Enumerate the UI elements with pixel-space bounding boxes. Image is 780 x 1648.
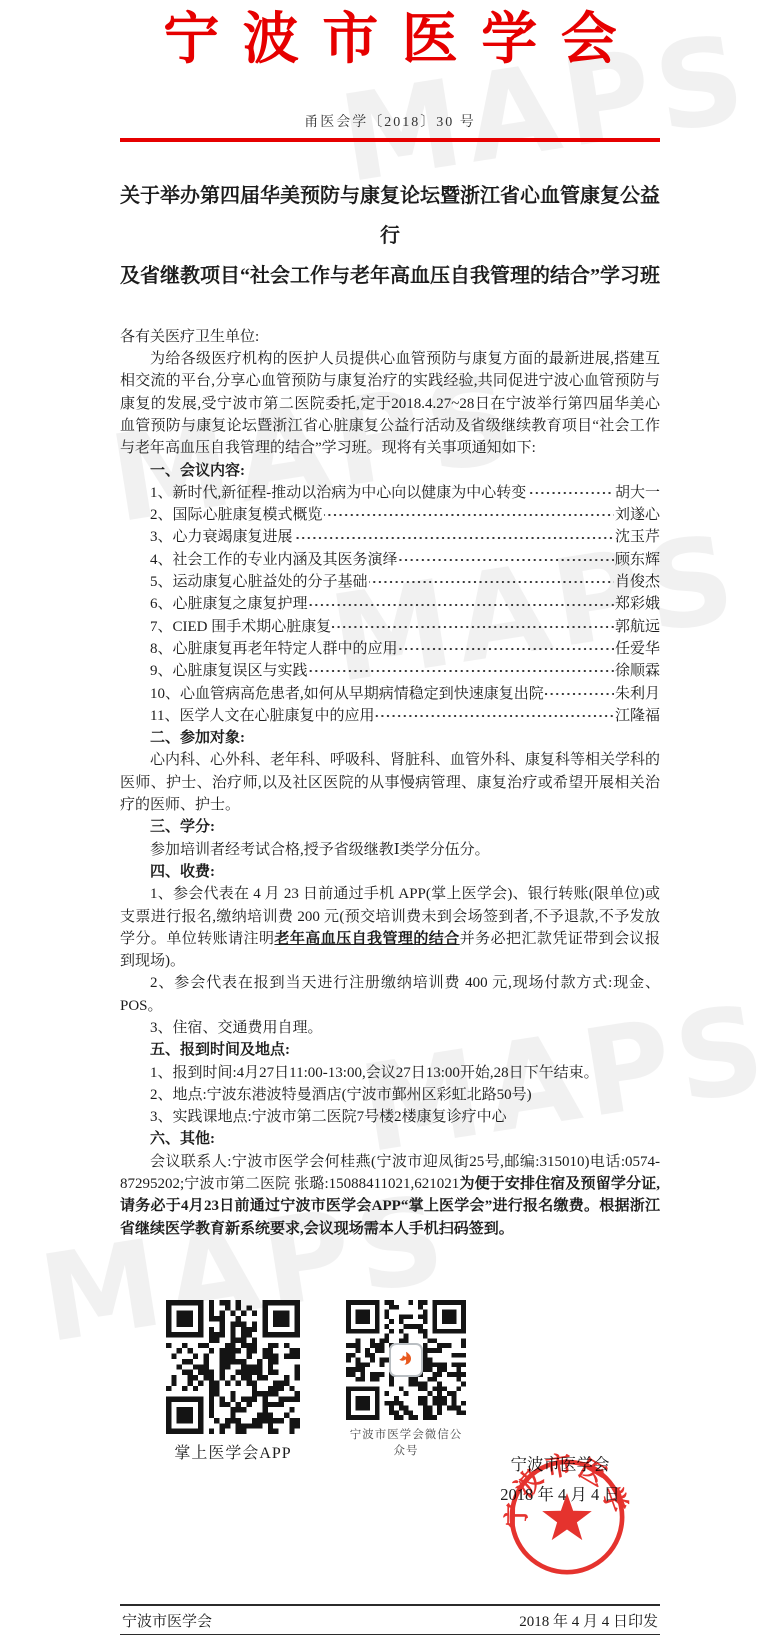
- agenda-topic: 2、国际心脏康复模式概览: [150, 504, 323, 526]
- section-heading-6: 六、其他:: [120, 1128, 660, 1150]
- agenda-speaker: 任爱华: [615, 638, 660, 660]
- section5-item3: 3、实践课地点:宁波市第二医院7号楼2楼康复诊疗中心: [120, 1106, 660, 1128]
- agenda-speaker: 郑彩娥: [615, 593, 660, 615]
- section6-contact: 会议联系人:宁波市医学会何桂燕(宁波市迎凤街25号,邮编:315010)电话:0…: [120, 1151, 660, 1240]
- section-heading-1: 一、会议内容:: [120, 460, 660, 482]
- agenda-row: 6、心脏康复之康复护理 郑彩娥: [120, 593, 660, 615]
- agenda-topic: 7、CIED 围手术期心脏康复: [150, 616, 331, 638]
- footer-org: 宁波市医学会: [122, 1610, 212, 1631]
- wechat-logo-icon: [389, 1343, 423, 1377]
- qr-code-image: [166, 1300, 300, 1434]
- section3-text: 参加培训者经考试合格,授予省级继教Ⅰ类学分伍分。: [120, 839, 660, 861]
- agenda-topic: 5、运动康复心脏益处的分子基础: [150, 571, 368, 593]
- agenda-topic: 3、心力衰竭康复进展: [150, 526, 293, 548]
- leader-dots: [324, 508, 614, 522]
- agenda-speaker: 郭航远: [615, 616, 660, 638]
- star-icon: [542, 1493, 592, 1540]
- agenda-row: 11、医学人文在心脏康复中的应用 江隆福: [120, 705, 660, 727]
- section4-item2: 2、参会代表在报到当天进行注册缴纳培训费 400 元,现场付款方式:现金、POS…: [120, 972, 660, 1017]
- intro-paragraph: 为给各级医疗机构的医护人员提供心血管预防与康复方面的最新进展,搭建互相交流的平台…: [120, 348, 660, 459]
- leader-dots: [375, 709, 614, 723]
- section5-item2: 2、地点:宁波东港波特曼酒店(宁波市鄞州区彩虹北路50号): [120, 1084, 660, 1106]
- footer-print-date: 2018 年 4 月 4 日印发: [519, 1610, 658, 1631]
- leader-dots: [399, 553, 614, 567]
- agenda-speaker: 朱利月: [615, 683, 660, 705]
- agenda-row: 2、国际心脏康复模式概览 刘遂心: [120, 504, 660, 526]
- section-heading-3: 三、学分:: [120, 816, 660, 838]
- section2-text: 心内科、心外科、老年科、呼吸科、肾脏科、血管外科、康复科等相关学科的医师、护士、…: [120, 749, 660, 816]
- leader-dots: [527, 486, 614, 500]
- section-heading-5: 五、报到时间及地点:: [120, 1039, 660, 1061]
- document-page: MAPS MAPS MAPS MAPS MAPS 宁波市医学会 甬医会学〔201…: [0, 0, 780, 1648]
- leader-dots: [399, 642, 614, 656]
- section4-item3: 3、住宿、交通费用自理。: [120, 1017, 660, 1039]
- doc-number: 甬医会学〔2018〕30 号: [120, 111, 660, 131]
- section5-item1: 1、报到时间:4月27日11:00-13:00,会议27日13:00开始,28日…: [120, 1062, 660, 1084]
- agenda-topic: 6、心脏康复之康复护理: [150, 593, 308, 615]
- qr-code-wechat: 宁波市医学会微信公众号: [346, 1300, 466, 1458]
- leader-dots: [309, 598, 614, 612]
- agenda-row: 9、心脏康复误区与实践 徐顺霖: [120, 660, 660, 682]
- leader-dots: [309, 664, 614, 678]
- qr-code-app: 掌上医学会APP: [166, 1300, 300, 1463]
- agenda-topic: 4、社会工作的专业内涵及其医务演绎: [150, 549, 398, 571]
- agenda-row: 3、心力衰竭康复进展 沈玉芹: [120, 526, 660, 548]
- leader-dots: [369, 575, 614, 589]
- agenda-speaker: 沈玉芹: [615, 526, 660, 548]
- salutation: 各有关医疗卫生单位:: [120, 326, 660, 348]
- qr-code-image: [346, 1300, 466, 1420]
- agenda-topic: 10、心血管病高危患者,如何从早期病情稳定到快速康复出院: [150, 683, 544, 705]
- agenda-speaker: 徐顺霖: [615, 660, 660, 682]
- fee-text-emphasis: 老年高血压自我管理的结合: [274, 931, 459, 947]
- agenda-topic: 11、医学人文在心脏康复中的应用: [150, 705, 374, 727]
- agenda-speaker: 江隆福: [615, 705, 660, 727]
- agenda-topic: 8、心脏康复再老年特定人群中的应用: [150, 638, 398, 660]
- agenda-row: 1、新时代,新征程-推动以治病为中心向以健康为中心转变 胡大一: [120, 482, 660, 504]
- agenda-topic: 9、心脏康复误区与实践: [150, 660, 308, 682]
- agenda-row: 5、运动康复心脏益处的分子基础 肖俊杰: [120, 571, 660, 593]
- section-heading-4: 四、收费:: [120, 861, 660, 883]
- agenda-topic: 1、新时代,新征程-推动以治病为中心向以健康为中心转变: [150, 482, 526, 504]
- agenda-speaker: 胡大一: [615, 482, 660, 504]
- leader-dots: [545, 687, 614, 701]
- notice-title-line1: 关于举办第四届华美预防与康复论坛暨浙江省心血管康复公益行: [120, 176, 660, 256]
- leader-dots: [332, 620, 614, 634]
- red-divider: [120, 138, 660, 142]
- agenda-row: 10、心血管病高危患者,如何从早期病情稳定到快速康复出院 朱利月: [120, 683, 660, 705]
- agenda-row: 7、CIED 围手术期心脏康复 郭航远: [120, 616, 660, 638]
- agenda-row: 4、社会工作的专业内涵及其医务演绎 顾东辉: [120, 549, 660, 571]
- document-body: 宁波市医学会 甬医会学〔2018〕30 号 关于举办第四届华美预防与康复论坛暨浙…: [0, 4, 780, 1463]
- footer-row: 宁波市医学会 2018 年 4 月 4 日印发: [120, 1606, 660, 1635]
- agenda-speaker: 刘遂心: [615, 504, 660, 526]
- section4-item1: 1、参会代表在 4 月 23 日前通过手机 APP(掌上医学会)、银行转账(限单…: [120, 883, 660, 972]
- agenda-row: 8、心脏康复再老年特定人群中的应用 任爱华: [120, 638, 660, 660]
- section-heading-2: 二、参加对象:: [120, 727, 660, 749]
- leader-dots: [294, 531, 614, 545]
- notice-title: 关于举办第四届华美预防与康复论坛暨浙江省心血管康复公益行 及省继教项目“社会工作…: [120, 176, 660, 296]
- agenda-speaker: 肖俊杰: [615, 571, 660, 593]
- notice-title-line2: 及省继教项目“社会工作与老年高血压自我管理的结合”学习班: [120, 256, 660, 296]
- agenda-speaker: 顾东辉: [615, 549, 660, 571]
- org-title: 宁波市医学会: [120, 4, 660, 77]
- footer: 宁波市医学会 2018 年 4 月 4 日印发: [120, 1604, 660, 1635]
- notice-text: 各有关医疗卫生单位: 为给各级医疗机构的医护人员提供心血管预防与康复方面的最新进…: [120, 326, 660, 1240]
- official-seal: 宁波市医学会: [489, 1438, 645, 1594]
- qr-caption-app: 掌上医学会APP: [166, 1440, 300, 1463]
